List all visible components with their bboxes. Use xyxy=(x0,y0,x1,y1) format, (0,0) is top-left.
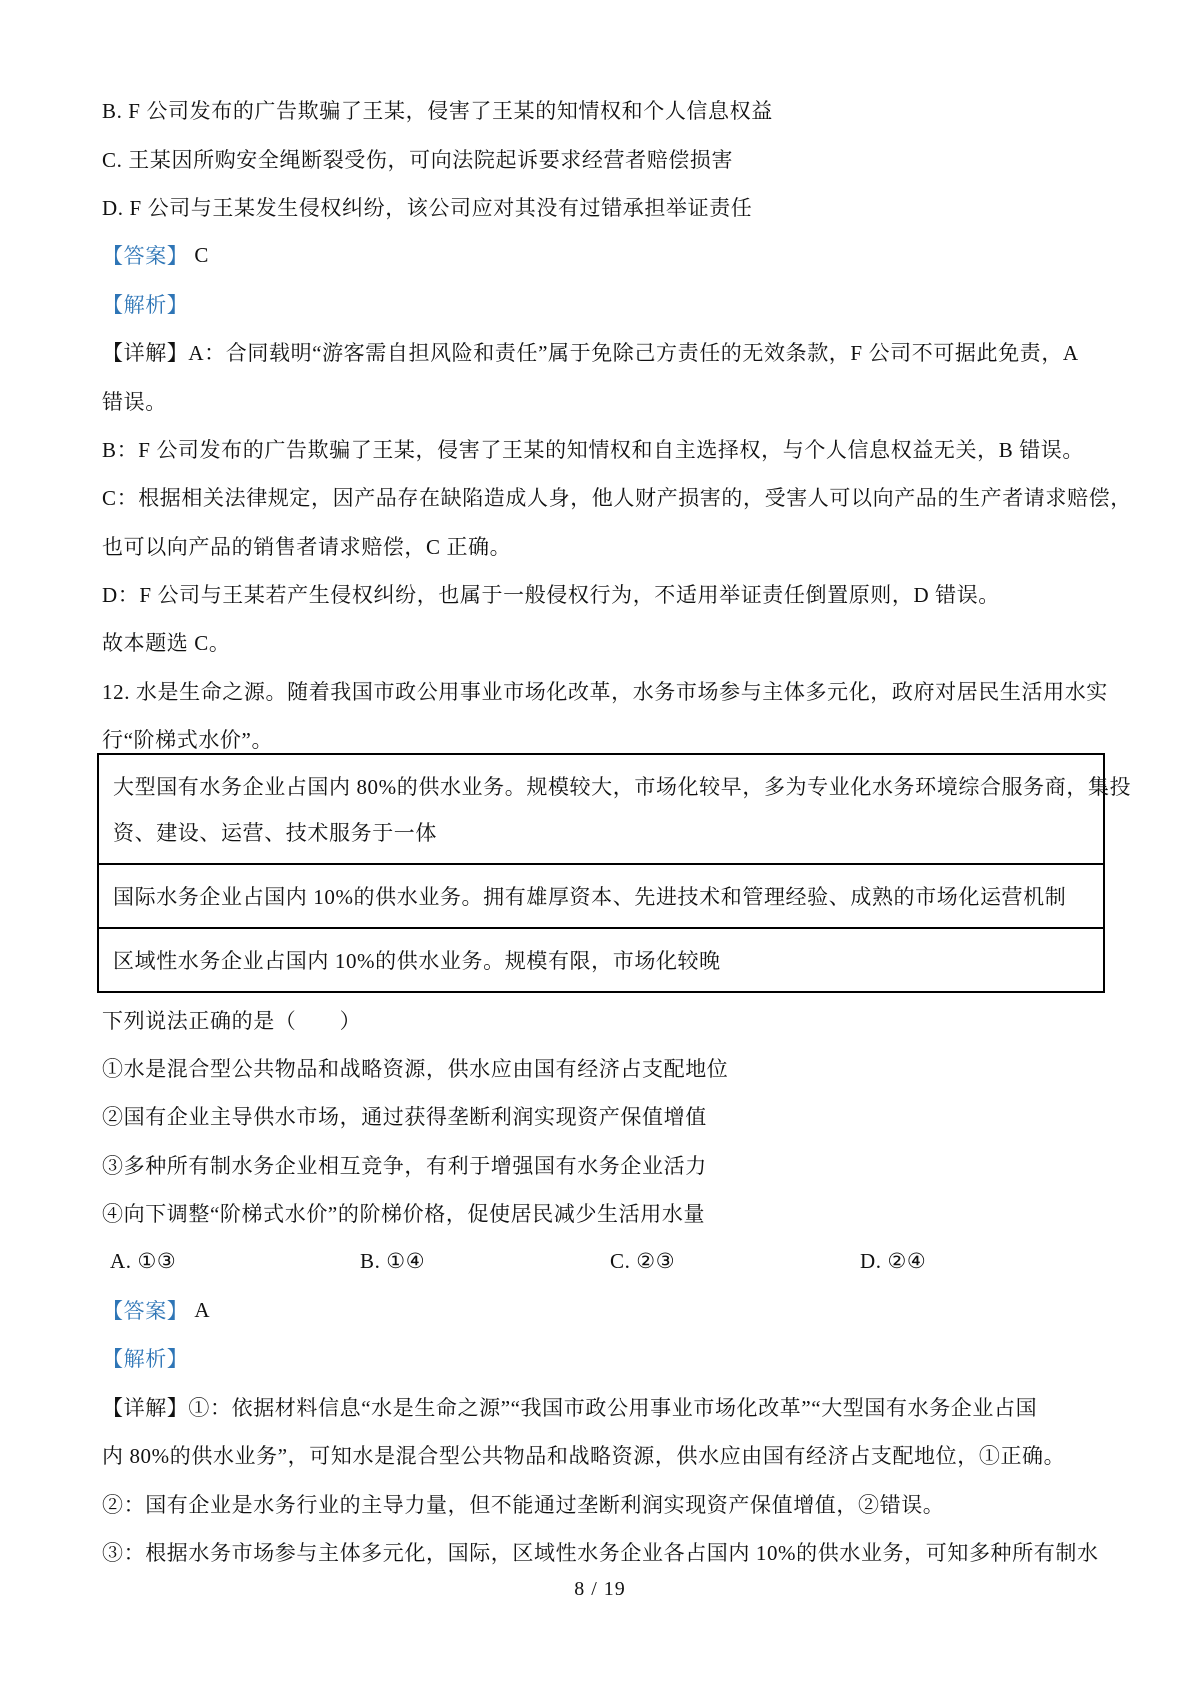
explanation-line: 内 80%的供水业务”，可知水是混合型公共物品和战略资源，供水应由国有经济占支配… xyxy=(102,1431,1106,1479)
explanation-line: B：F 公司发布的广告欺骗了王某，侵害了王某的知情权和自主选择权，与个人信息权益… xyxy=(102,425,1106,473)
analysis-heading: 【解析】 xyxy=(102,280,1106,328)
explanation-line: 【详解】A：合同载明“游客需自担风险和责任”属于免除己方责任的无效条款，F 公司… xyxy=(102,328,1106,376)
material-table: 大型国有水务企业占国内 80%的供水业务。规模较大，市场化较早，多为专业化水务环… xyxy=(97,753,1105,993)
explanation-line: 【详解】①：依据材料信息“水是生命之源”“我国市政公用事业市场化改革”“大型国有… xyxy=(102,1383,1106,1431)
explanation-line: ③：根据水务市场参与主体多元化，国际，区域性水务企业各占国内 10%的供水业务，… xyxy=(102,1528,1106,1576)
statement-line: ②国有企业主导供水市场，通过获得垄断利润实现资产保值增值 xyxy=(102,1092,1106,1140)
explanation-line: C：根据相关法律规定，因产品存在缺陷造成人身，他人财产损害的，受害人可以向产品的… xyxy=(102,473,1106,521)
question-stem-line: 12. 水是生命之源。随着我国市政公用事业市场化改革，水务市场参与主体多元化，政… xyxy=(102,667,1106,715)
statement-line: ①水是混合型公共物品和战略资源，供水应由国有经济占支配地位 xyxy=(102,1044,1106,1092)
table-row: 区域性水务企业占国内 10%的供水业务。规模有限，市场化较晚 xyxy=(99,929,1103,991)
question-stem-line: 下列说法正确的是（ ） xyxy=(102,995,1106,1043)
option-line: B. F 公司发布的广告欺骗了王某，侵害了王某的知情权和个人信息权益 xyxy=(102,86,1106,134)
table-row-line: 区域性水务企业占国内 10%的供水业务。规模有限，市场化较晚 xyxy=(113,937,1089,983)
page-number: 8 / 19 xyxy=(0,1578,1200,1601)
choice-item: C. ②③ xyxy=(610,1249,860,1274)
table-row: 大型国有水务企业占国内 80%的供水业务。规模较大，市场化较早，多为专业化水务环… xyxy=(99,755,1103,865)
document-content: B. F 公司发布的广告欺骗了王某，侵害了王某的知情权和个人信息权益C. 王某因… xyxy=(102,86,1106,1576)
explanation-line: 错误。 xyxy=(102,376,1106,424)
statement-line: ③多种所有制水务企业相互竞争，有利于增强国有水务企业活力 xyxy=(102,1141,1106,1189)
statement-line: ④向下调整“阶梯式水价”的阶梯价格，促使居民减少生活用水量 xyxy=(102,1189,1106,1237)
choice-item: A. ①③ xyxy=(110,1249,360,1274)
analysis-heading: 【解析】 xyxy=(102,1334,1106,1382)
answer-label: 【答案】 xyxy=(102,1295,188,1325)
choice-item: B. ①④ xyxy=(360,1249,610,1274)
answer-label: 【答案】 xyxy=(102,240,188,270)
answer-line: 【答案】C xyxy=(102,231,1106,279)
option-line: D. F 公司与王某发生侵权纠纷，该公司应对其没有过错承担举证责任 xyxy=(102,183,1106,231)
explanation-line: D：F 公司与王某若产生侵权纠纷，也属于一般侵权行为，不适用举证责任倒置原则，D… xyxy=(102,570,1106,618)
choice-item: D. ②④ xyxy=(860,1249,1106,1274)
answer-value: A xyxy=(194,1298,210,1323)
answer-line: 【答案】A xyxy=(102,1286,1106,1334)
table-row: 国际水务企业占国内 10%的供水业务。拥有雄厚资本、先进技术和管理经验、成熟的市… xyxy=(99,865,1103,929)
option-line: C. 王某因所购安全绳断裂受伤，可向法院起诉要求经营者赔偿损害 xyxy=(102,134,1106,182)
answer-value: C xyxy=(194,243,209,268)
explanation-line: ②：国有企业是水务行业的主导力量，但不能通过垄断利润实现资产保值增值，②错误。 xyxy=(102,1479,1106,1527)
choice-row: A. ①③B. ①④C. ②③D. ②④ xyxy=(102,1237,1106,1285)
analysis-label: 【解析】 xyxy=(102,1343,188,1373)
table-row-line: 资、建设、运营、技术服务于一体 xyxy=(113,809,1089,855)
document-page: B. F 公司发布的广告欺骗了王某，侵害了王某的知情权和个人信息权益C. 王某因… xyxy=(0,0,1200,1697)
analysis-label: 【解析】 xyxy=(102,289,188,319)
table-row-line: 国际水务企业占国内 10%的供水业务。拥有雄厚资本、先进技术和管理经验、成熟的市… xyxy=(113,873,1089,919)
explanation-line: 故本题选 C。 xyxy=(102,618,1106,666)
explanation-line: 也可以向产品的销售者请求赔偿，C 正确。 xyxy=(102,522,1106,570)
table-row-line: 大型国有水务企业占国内 80%的供水业务。规模较大，市场化较早，多为专业化水务环… xyxy=(113,763,1089,809)
